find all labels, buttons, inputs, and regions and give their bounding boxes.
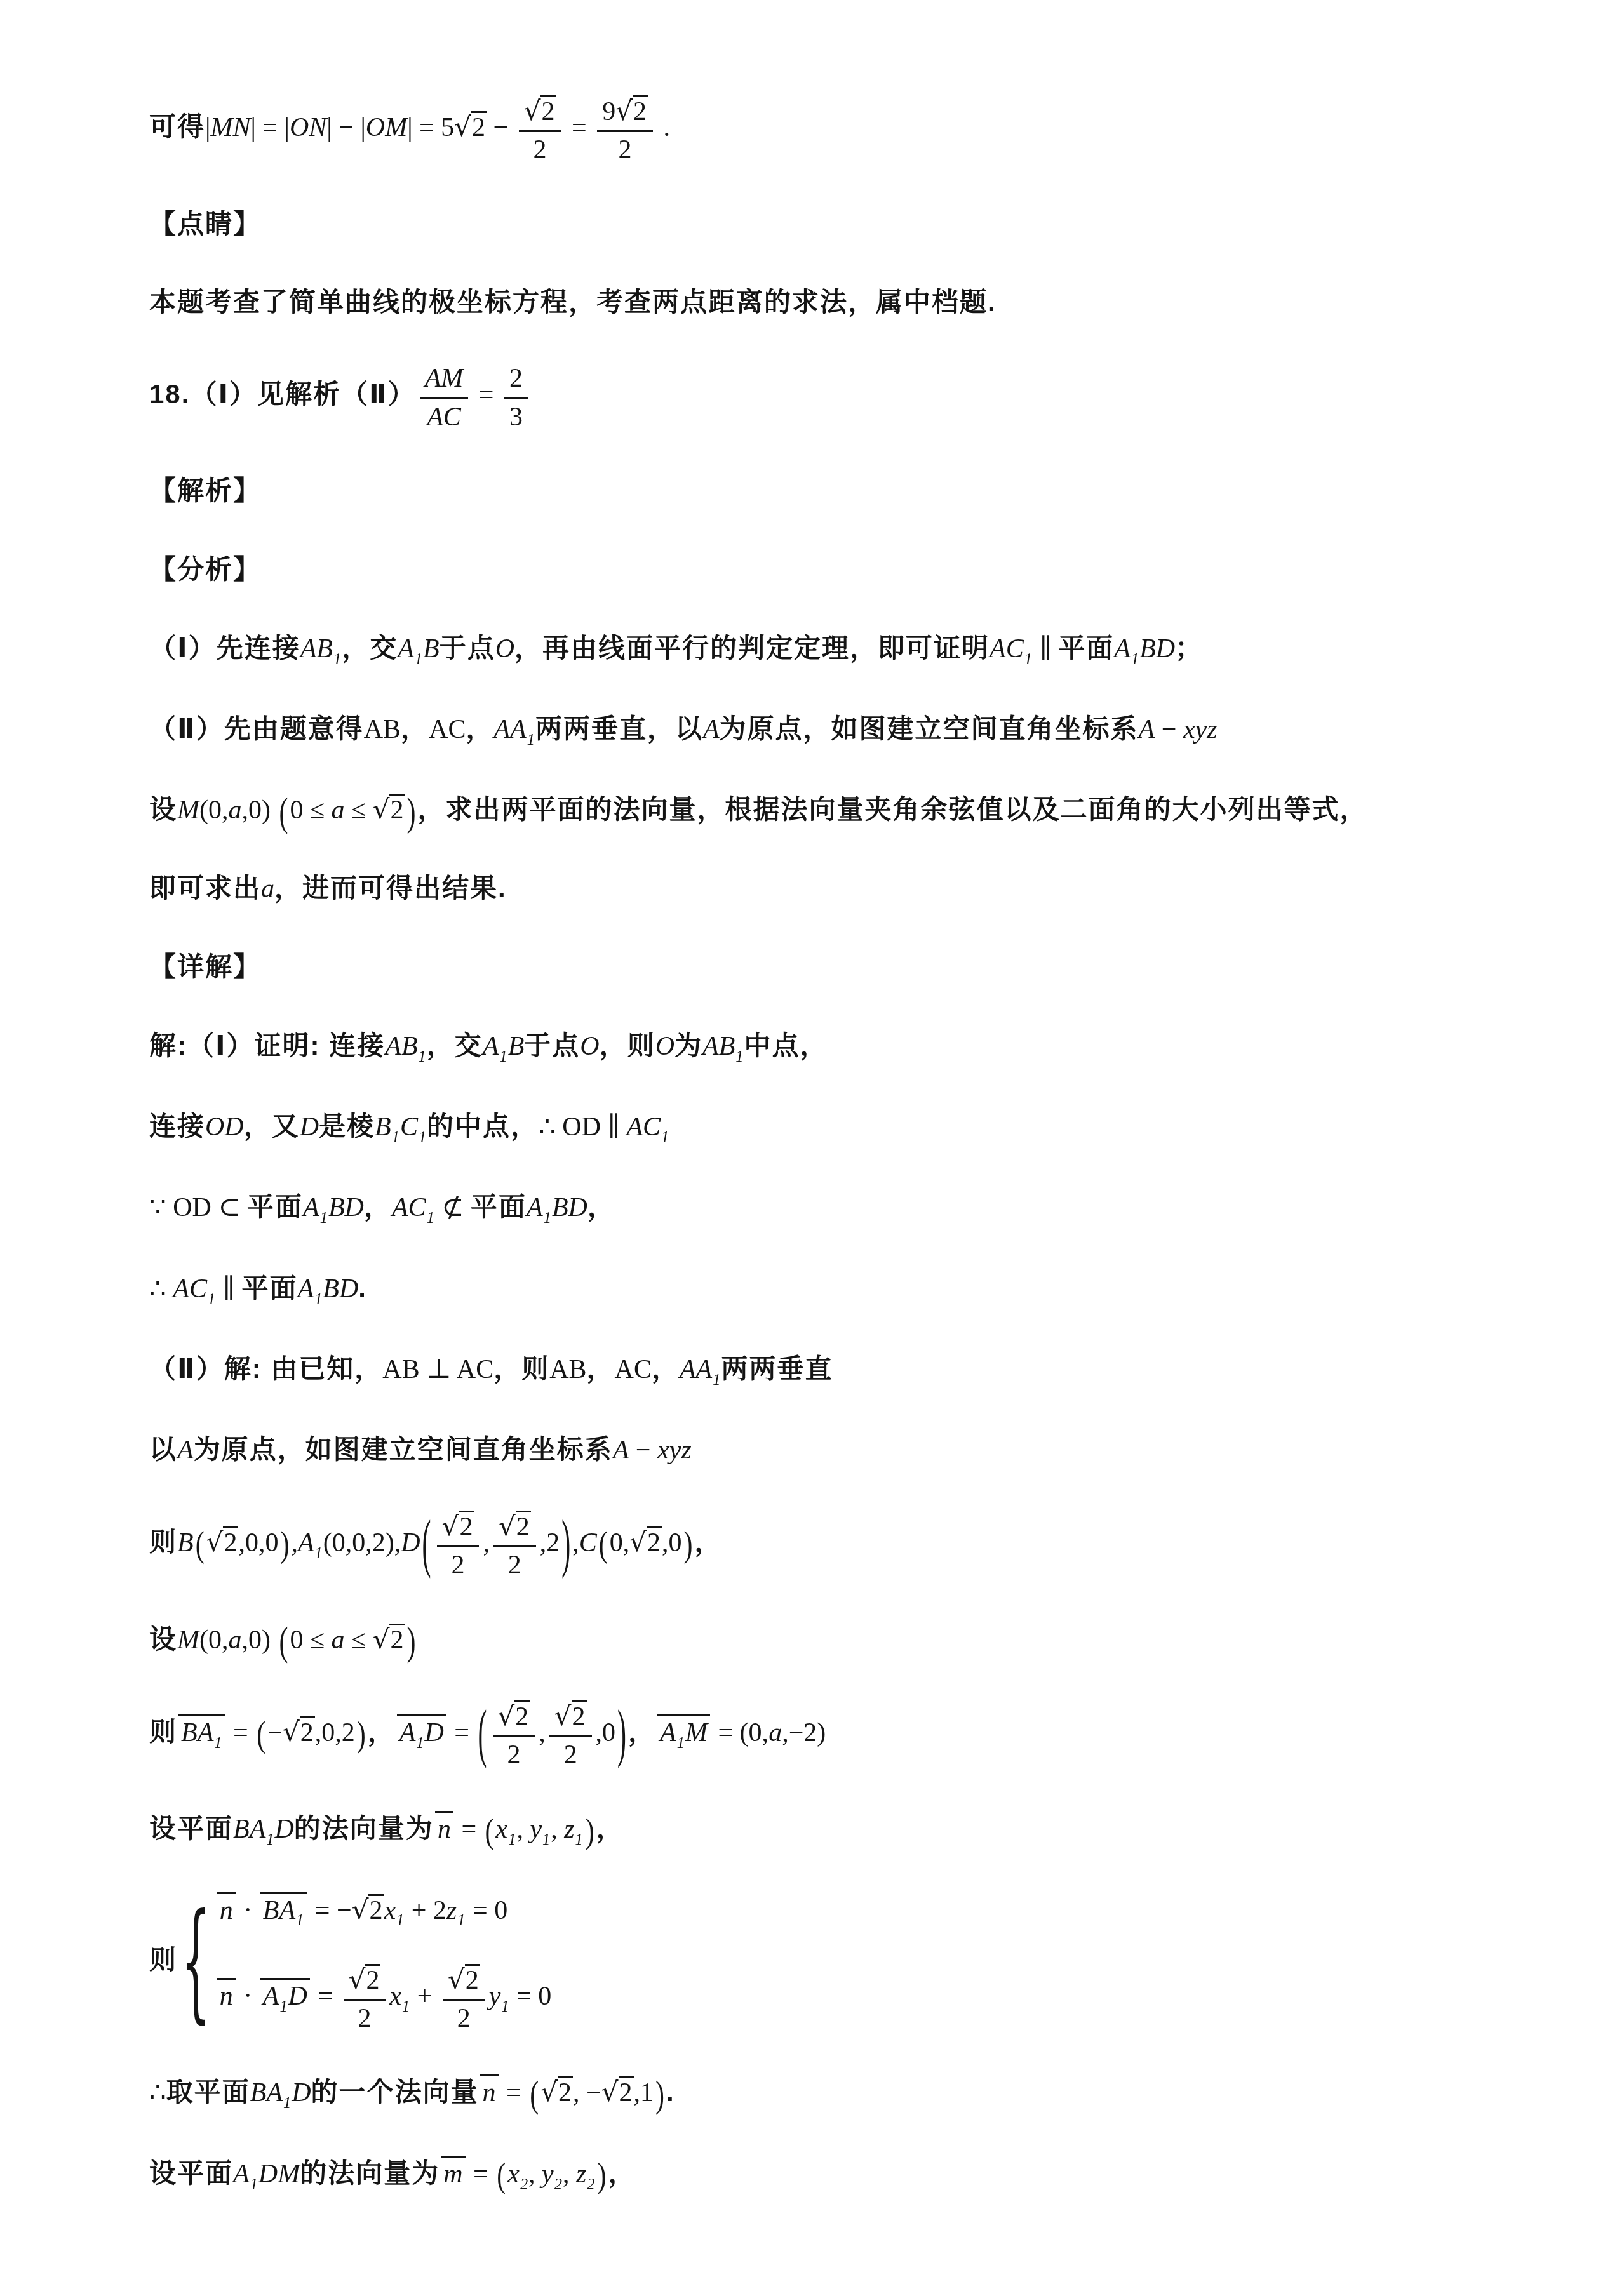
math-roman: = [472,380,500,410]
text-run: 是棱 [319,1111,375,1141]
analysis-part1: （Ⅰ）先连接AB1，交A1B于点O，再由线面平行的判定定理，即可证明AC1 ∥ … [149,629,1497,671]
math-roman: , [563,2159,576,2189]
fraction-numerator: 2 [437,1509,480,1547]
math-roman: AC [615,1355,652,1384]
math-roman: ∥ [1033,634,1058,664]
math-roman: ,−2) [782,1718,826,1747]
math-subscript: 1 [575,1831,583,1848]
math-italic: M [177,1625,199,1655]
math-subscript: 1 [250,2176,258,2193]
math-roman: 9 [602,97,615,126]
text-run: ， [652,1354,680,1384]
math-roman: = [467,2159,495,2189]
sqrt: 2 [373,1620,405,1660]
math-roman: ∴ [149,2078,166,2107]
text-run: . [666,2077,675,2107]
vector-overline: A1M [657,1714,710,1752]
fraction-denominator: 3 [504,399,528,432]
math-italic: A [703,715,720,744]
math-italic: AB [702,1032,735,1061]
text-run: 为原点，如图建立空间直角坐标系 [720,714,1139,744]
math-roman: 2 [509,364,523,393]
math-italic: a [229,796,242,825]
math-roman: 3 [509,403,523,432]
heading-xiangjie: 【详解】 [149,948,1497,987]
big-paren: ( [530,2076,539,2114]
math-roman: AB ⊥ AC [382,1355,493,1384]
fraction-numerator: 2 [443,1963,485,2001]
fraction: 22 [443,1963,485,2034]
big-paren: ( [196,1527,205,1563]
math-italic: xyz [1183,715,1218,744]
math-italic: m [443,2159,462,2189]
text-run: 【详解】 [149,952,261,982]
math-italic: BA [250,2078,283,2107]
math-roman: ≤ [345,1625,373,1655]
math-italic: x [389,1982,401,2011]
math-italic: A [298,1528,314,1558]
fraction-denominator: AC [420,399,469,432]
fraction: 22 [519,94,561,166]
math-italic: A [263,1982,279,2011]
math-roman: 0 ≤ [290,796,332,825]
sqrt-radicand: 2 [619,2076,634,2107]
math-subscript: 1 [544,1210,551,1227]
text-run: 【分析】 [149,554,261,584]
math-italic: M [177,796,199,825]
math-italic: ON [290,113,326,142]
big-paren: ( [279,792,288,832]
sqrt: 2 [554,1700,587,1732]
math-italic: AB [300,634,333,664]
math-italic: D [300,1112,319,1142]
math-subscript: 1 [501,1998,509,2015]
math-roman: 2 [390,796,403,825]
system-brace: { [181,1899,211,2027]
math-roman: ,0 [662,1528,682,1558]
fraction-denominator: 2 [493,1547,536,1580]
math-italic: n [220,1982,233,2011]
text-run: 于点 [524,1031,580,1060]
fraction-denominator: 2 [519,132,561,165]
math-italic: z [564,1815,574,1844]
vector-overline: n [217,1892,236,1925]
math-roman: = − [308,1896,351,1925]
solution-proof-conclusion: ∴ AC1 ∥ 平面A1BD. [149,1269,1497,1311]
math-italic: BA [181,1718,213,1747]
math-subscript: 1 [508,1831,516,1848]
math-roman: 2 [224,1528,237,1558]
math-italic: x [496,1815,508,1844]
math-roman: 2 [572,1702,586,1732]
text-run: ， [466,714,493,744]
math-roman: , − [573,2078,601,2107]
math-roman: ,0 [596,1718,616,1747]
vector-overline: A1D [260,1978,310,2016]
math-italic: D [425,1718,444,1747]
math-italic: AB [385,1032,417,1061]
math-italic: A [177,1436,194,1465]
system-row: n · A1D = 22x1 + 22y1 = 0 [216,1963,551,2034]
solution-set-m: 设M(0,a,0) (0 ≤ a ≤ 2) [149,1620,1497,1660]
vector-overline: n [480,2074,499,2107]
text-run: 本题考查了简单曲线的极坐标方程，考查两点距离的求法，属中档题. [149,287,997,317]
math-italic: A [1139,715,1155,744]
math-italic: C [400,1112,418,1142]
math-roman: (0,0,2), [323,1528,401,1558]
math-roman: ,2 [540,1528,560,1558]
math-roman: + 2 [405,1896,446,1925]
math-roman: (0, [199,1625,229,1655]
big-paren: ( [279,1622,288,1662]
sqrt: 2 [442,1511,474,1542]
math-italic: AC [427,403,461,432]
big-paren: ) [280,1527,289,1563]
math-roman: 2 [647,1528,661,1558]
math-roman: = (0, [711,1718,768,1747]
answer-18: 18.（Ⅰ）见解析（Ⅱ）AMAC = 23 [149,362,1497,432]
vector-overline: BA1 [178,1714,225,1752]
math-subscript: 1 [713,1372,720,1389]
math-roman: 2 [564,1740,577,1770]
fraction-numerator: 2 [344,1963,386,2001]
math-roman: = [455,1815,483,1844]
math-roman: , [539,1718,546,1747]
math-roman: · [237,1896,259,1925]
math-subscript: 1 [279,1998,287,2015]
math-italic: D [401,1528,420,1558]
big-paren: ) [617,1703,626,1767]
analysis-part2: （Ⅱ）先由题意得AB，AC，AA1两两垂直，以A为原点，如图建立空间直角坐标系A… [149,710,1497,751]
math-italic: n [438,1815,451,1844]
math-italic: AC [626,1112,661,1142]
text-run: （Ⅱ）先由题意得 [149,714,364,744]
text-run: 设平面 [149,1813,233,1843]
math-roman: 2 [472,113,485,142]
solution-vectors: 则BA1 = (−2,0,2)，A1D = (22,22,0)，A1M = (0… [149,1699,1497,1771]
solution-normal-n-setup: 设平面BA1D的法向量为n = (x1, y1, z1)， [149,1810,1497,1851]
math-roman: 2 [558,2078,572,2107]
text-run: . [358,1273,367,1303]
text-run: 的法向量为 [294,1813,434,1843]
text-run: ，再由线面平行的判定定理，即可证明 [514,633,990,663]
math-roman: ,0) [242,1625,271,1655]
math-italic: B [508,1032,525,1061]
math-roman: 0, [610,1528,630,1558]
sqrt-radicand: 2 [389,1624,405,1654]
math-roman: , [551,1815,564,1844]
fraction-denominator: 2 [437,1547,480,1580]
math-roman: 2 [508,1551,521,1580]
text-run: 的中点， [427,1111,539,1141]
math-italic: xyz [657,1436,692,1465]
math-italic: BD [328,1193,364,1222]
fraction-numerator: 2 [519,94,561,132]
big-paren: ( [478,1703,487,1767]
math-roman: AB [364,715,401,744]
math-italic: C [579,1528,597,1558]
text-run: 以 [149,1434,177,1464]
sqrt: 2 [206,1523,239,1563]
math-roman: 2 [633,97,647,126]
text-run: 设 [149,1624,177,1654]
text-run: ，则 [493,1354,549,1384]
math-italic: z [576,2159,586,2189]
sqrt-radicand: 2 [558,2076,573,2107]
math-italic: a [332,796,345,825]
fraction: 22 [344,1963,386,2034]
math-subscript: 1 [735,1048,743,1065]
text-run: ，进而可得出结果. [274,873,507,903]
math-subscript: 1 [427,1210,434,1227]
text-run: ，则 [600,1031,655,1060]
text-run: 【解析】 [149,476,261,505]
text-run: 则 [149,1717,177,1747]
fraction: 23 [504,362,528,432]
sqrt: 2 [448,1964,480,1996]
math-roman: , [483,1528,490,1558]
math-italic: O [580,1032,599,1061]
text-run: ， [628,1717,656,1747]
sqrt-radicand: 2 [540,95,556,126]
math-italic: AC [173,1274,207,1304]
fraction-numerator: 2 [493,1699,535,1737]
text-run: 中点， [744,1031,828,1060]
text-run: ； [1175,633,1203,663]
math-roman: 2 [541,97,554,126]
text-run: ，又 [244,1111,300,1141]
math-roman: 2 [619,135,632,164]
summary-text: 本题考查了简单曲线的极坐标方程，考查两点距离的求法，属中档题. [149,283,1497,323]
math-subscript: 1 [396,1912,404,1929]
text-run: 18.（Ⅰ）见解析（Ⅱ） [149,379,416,409]
math-italic: n [483,2078,496,2107]
sqrt-radicand: 2 [516,1511,531,1541]
fraction-numerator: AM [420,362,469,399]
math-italic: A [613,1436,629,1465]
sqrt-radicand: 2 [572,1700,587,1731]
fraction-denominator: 2 [549,1737,592,1770]
text-run: ，交 [342,633,398,663]
fraction: 22 [493,1699,535,1771]
math-roman: + [410,1982,439,2011]
text-run: 于点 [440,633,495,663]
text-run: 两两垂直，以 [535,714,703,744]
math-italic: a [768,1718,782,1747]
math-subscript: 1 [392,1129,399,1146]
math-roman: 2 [390,1625,403,1655]
math-roman: ,1 [634,2078,654,2107]
math-roman: − [1155,715,1183,744]
fraction: 922 [597,94,653,166]
math-subscript: 1 [527,731,535,749]
math-italic: A [660,1718,676,1747]
math-roman: AB [549,1355,586,1384]
math-italic: AA [493,715,526,744]
math-roman: 2 [507,1740,520,1770]
math-subscript: 1 [208,1291,215,1308]
big-paren: ( [485,1814,494,1849]
document-page: 可得|MN| = |ON| − |OM| = 52 − 22 = 922 .【点… [0,0,1624,2296]
fraction-numerator: 2 [549,1699,592,1737]
math-italic: A [233,2159,250,2189]
big-paren: ) [406,1622,415,1662]
solution-equation-system: 则{n · BA1 = −2x1 + 2z1 = 0n · A1D = 22x1… [149,1891,1497,2034]
math-italic: y [530,1815,542,1844]
math-roman: · [237,1982,259,2011]
text-run: 平面 [247,1192,303,1222]
text-run: 的法向量为 [300,2158,440,2188]
big-paren: ) [597,2159,606,2194]
math-roman: ≤ [345,796,373,825]
math-italic: BA [233,1815,265,1844]
sqrt-radicand: 2 [365,1964,380,1994]
math-italic: OD [205,1112,244,1142]
math-roman: = [227,1718,255,1747]
system-rows: n · BA1 = −2x1 + 2z1 = 0n · A1D = 22x1 +… [216,1891,551,2034]
text-run: 平面 [242,1273,298,1303]
math-italic: A [1114,634,1131,664]
math-roman: | = 5 [407,113,454,142]
heading-dianjing: 【点睛】 [149,205,1497,244]
sqrt-radicand: 2 [465,1964,480,1994]
sqrt-radicand: 2 [633,95,648,126]
math-italic: B [423,634,440,664]
math-roman: 2 [516,1512,530,1542]
sqrt: 2 [629,1523,662,1563]
math-subscript: 1 [416,1735,424,1752]
math-roman: 2 [366,1966,379,1995]
math-italic: A [483,1032,499,1061]
math-italic: y [489,1982,501,2011]
sqrt-radicand: 2 [300,1716,315,1747]
math-italic: D [275,1815,294,1844]
math-italic: AA [680,1355,712,1384]
text-run: ，求出两平面的法向量，根据法向量夹角余弦值以及二面角的大小列出等式， [417,794,1367,824]
big-paren: ) [586,1814,594,1849]
math-italic: MN [210,113,250,142]
math-italic: BA [263,1896,295,1925]
math-roman: − [267,1718,283,1747]
big-paren: ) [683,1527,692,1563]
big-paren: ) [406,792,415,832]
solution-normal-n-result: ∴取平面BA1D的一个法向量n = (2, −2,1). [149,2073,1497,2114]
math-roman: ∵ OD ⊂ [149,1193,247,1222]
fraction: 22 [493,1509,536,1581]
fraction-denominator: 2 [493,1737,535,1770]
math-roman: = [500,2078,528,2107]
solution-part2-step1: （Ⅱ）解: 由已知，AB ⊥ AC，则AB，AC，AA1两两垂直 [149,1350,1497,1391]
text-run: ， [596,1813,624,1843]
text-run: ， [587,1192,615,1222]
math-italic: AM [425,364,464,393]
math-roman: , [572,1528,579,1558]
math-subscript: 1 [677,1735,685,1752]
sqrt: 2 [352,1891,384,1930]
sqrt: 2 [524,95,556,127]
math-italic: D [292,2078,311,2107]
sqrt-radicand: 2 [389,794,405,824]
math-subscript: 1 [214,1735,222,1752]
fraction-numerator: 2 [493,1509,536,1547]
math-roman: = 0 [510,1982,552,2011]
solution-coordinates: 则B(2,0,0),A1(0,0,2),D(22,22,2),C(0,2,0)， [149,1509,1497,1581]
math-subscript: 1 [419,1048,426,1065]
math-roman: (0, [199,796,229,825]
math-italic: OM [366,113,407,142]
fraction: AMAC [420,362,469,432]
text-run: ，交 [427,1031,483,1060]
math-roman: 2 [300,1718,314,1747]
big-paren: ( [257,1717,265,1753]
sqrt-radicand: 2 [514,1700,530,1731]
math-subscript: 1 [542,1831,550,1848]
text-run: 设 [149,794,177,824]
math-roman: ∴ OD ∥ [539,1112,626,1142]
big-paren: ( [599,1527,608,1563]
math-italic: A [527,1193,543,1222]
sqrt-radicand: 2 [459,1511,474,1541]
math-italic: M [685,1718,708,1747]
big-paren: ) [357,1717,366,1753]
math-roman: AC [429,715,466,744]
math-italic: AC [392,1193,426,1222]
math-subscript: 1 [333,651,341,668]
sqrt: 2 [498,1700,530,1732]
math-italic: BD [552,1193,587,1222]
sqrt: 2 [615,95,648,127]
math-italic: A [303,1193,319,1222]
math-roman: ∴ [149,1274,173,1304]
math-subscript: 1 [320,1210,328,1227]
fraction-numerator: 2 [504,362,528,399]
math-roman: 2 [515,1702,528,1732]
math-roman: . [657,113,670,142]
big-paren: ) [655,2076,664,2114]
text-run: （Ⅰ）先连接 [149,633,300,663]
vector-overline: BA1 [260,1892,307,1930]
math-italic: x [507,2159,520,2189]
system-row: n · BA1 = −2x1 + 2z1 = 0 [216,1891,551,1932]
math-roman: 2 [457,2004,471,2033]
math-subscript: 2 [554,2176,562,2193]
text-run: 为原点，如图建立空间直角坐标系 [194,1434,613,1464]
sqrt-radicand: 2 [368,1894,384,1925]
heading-fenxi: 【分析】 [149,551,1497,590]
text-run: 平面 [471,1192,527,1222]
big-paren: ( [422,1513,431,1577]
math-italic: a [229,1625,242,1655]
math-roman: ∥ [216,1274,241,1304]
math-roman: , [516,1815,530,1844]
math-subscript: 1 [314,1291,322,1308]
math-subscript: 1 [415,651,422,668]
equation-system: {n · BA1 = −2x1 + 2z1 = 0n · A1D = 22x1 … [181,1891,551,2034]
math-italic: a [261,874,274,904]
sqrt: 2 [601,2073,634,2112]
math-italic: x [384,1896,396,1925]
fraction-denominator: 2 [597,132,653,165]
math-roman: 2 [459,1512,473,1542]
math-roman: 2 [369,1896,382,1925]
text-run: ， [364,1192,392,1222]
heading-jiexi: 【解析】 [149,472,1497,511]
vector-overline: m [441,2156,465,2189]
math-subscript: 2 [587,2176,594,2193]
formula-mn-distance: 可得|MN| = |ON| − |OM| = 52 − 22 = 922 . [149,94,1497,166]
math-roman: = [448,1718,476,1747]
solution-proof-step2: 连接OD，又D是棱B1C1的中点，∴ OD ∥ AC1 [149,1107,1497,1149]
